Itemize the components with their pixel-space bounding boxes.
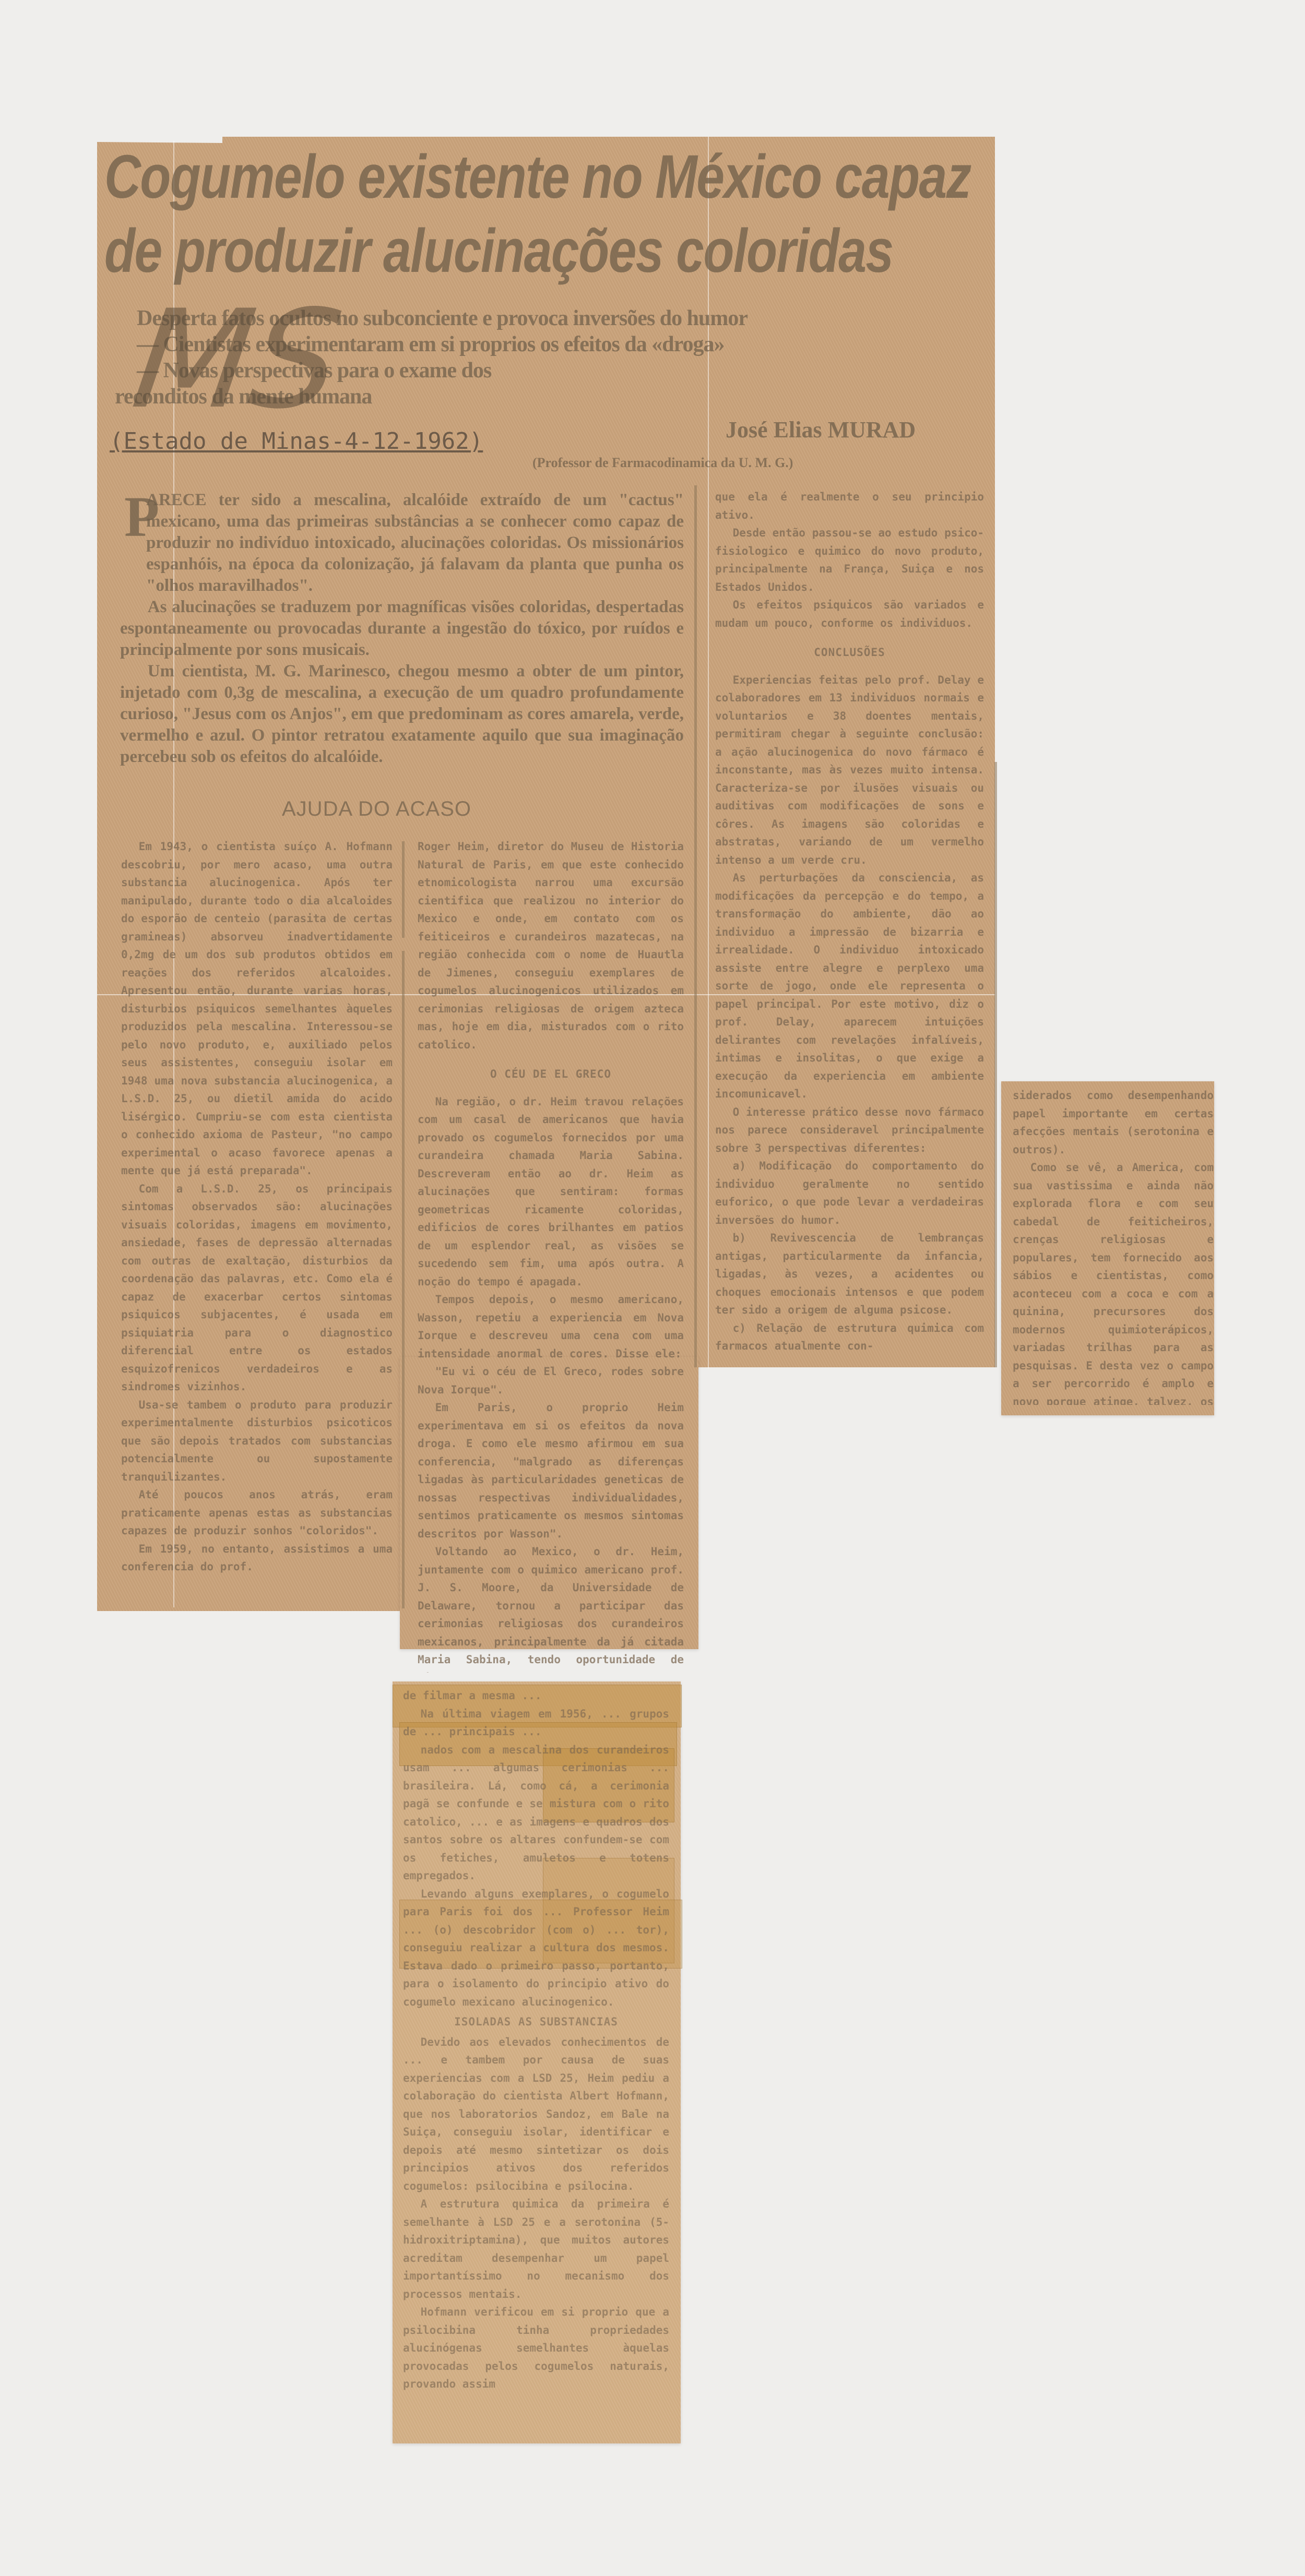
col3-paragraph: As perturbações da consciencia, as modif…: [715, 869, 984, 1103]
col1-paragraph: Até poucos anos atrás, eram praticamente…: [121, 1486, 393, 1540]
headline: Cogumelo existente no México capaz de pr…: [104, 140, 832, 288]
strip-paragraph: de filmar a mesma ...: [403, 1687, 669, 1705]
col2-paragraph: Tempos depois, o mesmo americano, Wasson…: [418, 1291, 684, 1363]
col1-paragraph: Em 1959, no entanto, assistimos a uma co…: [121, 1540, 393, 1576]
intro-paragraph: ARECE ter sido a mescalina, alcalóide ex…: [120, 490, 684, 597]
intro-paragraph: Um cientista, M. G. Marinesco, chegou me…: [120, 661, 684, 768]
col2-paragraph: "Eu vi o céu de El Greco, rodes sobre No…: [418, 1363, 684, 1399]
col2-paragraph: Na região, o dr. Heim travou relações co…: [418, 1093, 684, 1291]
bottom-strip-text: de filmar a mesma ... Na última viagem e…: [403, 1687, 669, 2438]
handwritten-mark: MS: [126, 292, 349, 428]
column-3: que ela é realmente o seu principio ativ…: [715, 488, 984, 1362]
col4-paragraph: siderados como desempenhando papel impor…: [1013, 1087, 1214, 1159]
author-name: José Elias MURAD: [726, 416, 916, 443]
col3-paragraph: Os efeitos psiquicos são variados e muda…: [715, 596, 984, 632]
col3-paragraph: b) Revivescencia de lembranças antigas, …: [715, 1229, 984, 1319]
column-2: Roger Heim, diretor do Museu de Historia…: [418, 838, 684, 1673]
col3-paragraph: Experiencias feitas pelo prof. Delay e c…: [715, 671, 984, 869]
section-heading-ajuda-do-acaso: AJUDA DO ACASO: [282, 797, 471, 821]
col1-paragraph: Usa-se tambem o produto para produzir ex…: [121, 1396, 393, 1486]
col3-paragraph: que ela é realmente o seu principio ativ…: [715, 488, 984, 524]
col3-paragraph: O interesse prático desse novo fármaco n…: [715, 1103, 984, 1158]
section-heading-isoladas-as-substancias: ISOLADAS AS SUBSTANCIAS: [403, 2013, 669, 2031]
section-heading-o-ceu-de-el-greco: O CÉU DE EL GRECO: [418, 1065, 684, 1083]
intro-text: ARECE ter sido a mescalina, alcalóide ex…: [120, 490, 684, 768]
author-title: (Professor de Farmacodinamica da U. M. G…: [532, 455, 793, 471]
strip-paragraph: Hofmann verificou em si proprio que a ps…: [403, 2303, 669, 2393]
headline-line-2: de produzir alucinações coloridas: [104, 214, 832, 288]
intro-paragraph: As alucinações se traduzem por magnífica…: [120, 597, 684, 661]
column-rule: [694, 485, 697, 1367]
strip-paragraph: nados com a mescalina dos curandeiros us…: [403, 1741, 669, 1885]
column-rule: [402, 951, 405, 1608]
column-rule: [402, 841, 405, 938]
strip-paragraph: A estrutura quimica da primeira é semelh…: [403, 2195, 669, 2303]
section-heading-conclusoes: CONCLUSÕES: [715, 643, 984, 662]
column-4: siderados como desempenhando papel impor…: [1013, 1087, 1214, 1405]
col3-paragraph: a) Modificação do comportamento do indiv…: [715, 1157, 984, 1229]
column-rule: [994, 762, 997, 1367]
headline-line-1: Cogumelo existente no México capaz: [104, 140, 832, 214]
col2-paragraph: Voltando ao Mexico, o dr. Heim, juntamen…: [418, 1543, 684, 1673]
strip-paragraph: Levando alguns exemplares, o cogumelo pa…: [403, 1885, 669, 2011]
background-gap-lower-right: [697, 1367, 1011, 1628]
col4-paragraph: Como se vê, a America, com sua vastissim…: [1013, 1159, 1214, 1405]
strip-paragraph: Na última viagem em 1956, ... grupos de …: [403, 1705, 669, 1741]
source-note: (Estado de Minas-4-12-1962): [110, 428, 483, 455]
background-gap-lower-left: [97, 1611, 400, 1632]
col1-paragraph: Com a L.S.D. 25, os principais sintomas …: [121, 1180, 393, 1396]
col3-paragraph: c) Relação de estrutura quimica com farm…: [715, 1319, 984, 1355]
col2-paragraph: Roger Heim, diretor do Museu de Historia…: [418, 838, 684, 1054]
col1-paragraph: Em 1943, o cientista suíço A. Hofmann de…: [121, 838, 393, 1180]
strip-paragraph: Devido aos elevados conhecimentos de ...…: [403, 2033, 669, 2196]
col2-paragraph: Em Paris, o proprio Heim experimentava e…: [418, 1399, 684, 1543]
col3-paragraph: Desde então passou-se ao estudo psico-fi…: [715, 524, 984, 596]
column-1: Em 1943, o cientista suíço A. Hofmann de…: [121, 838, 393, 1607]
